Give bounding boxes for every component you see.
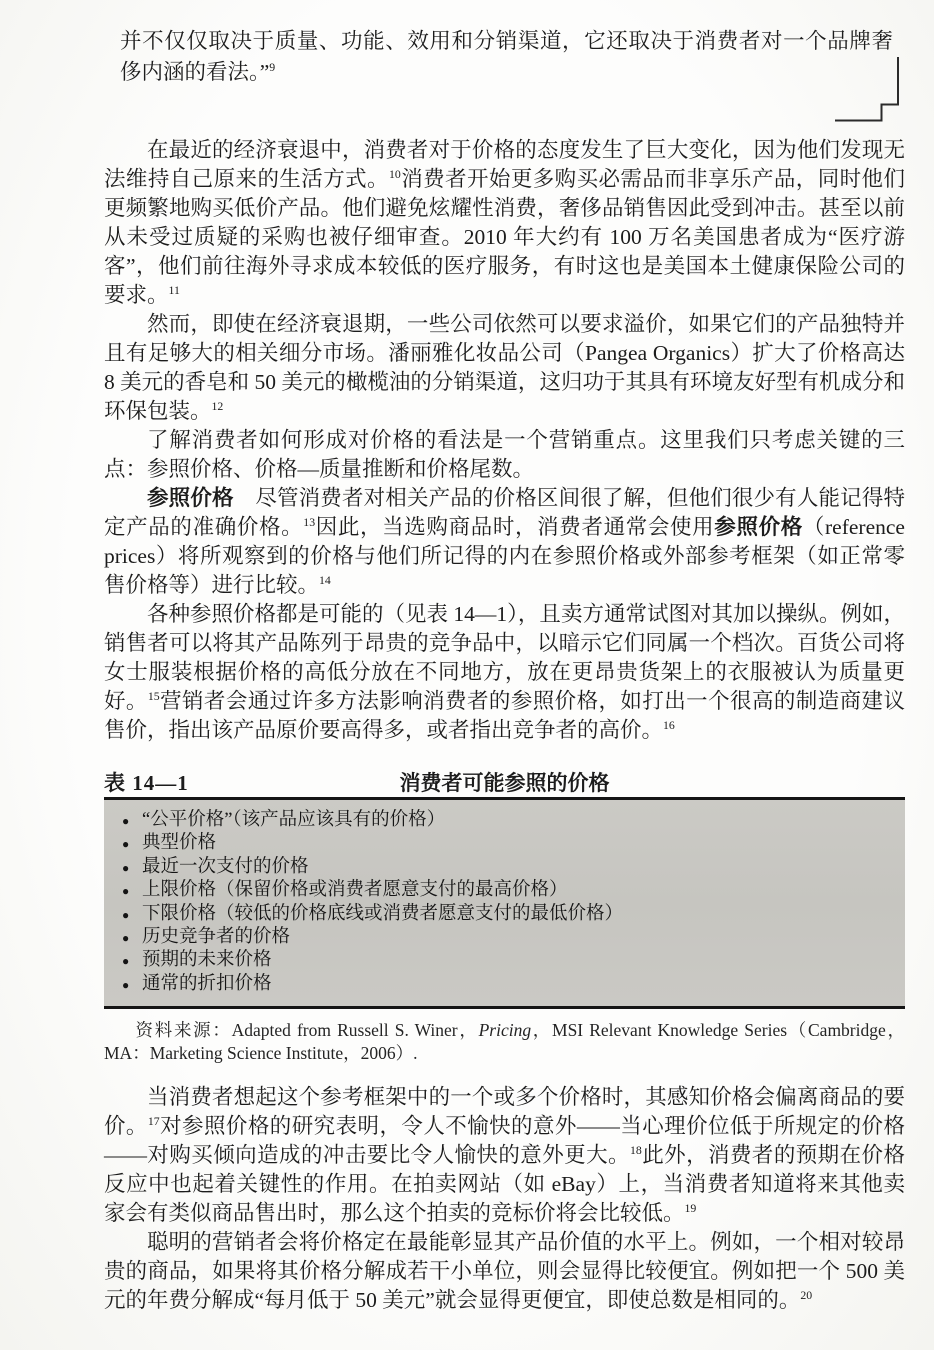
- table-body: ●“公平价格”（该产品应该具有的价格）●典型价格●最近一次支付的价格●上限价格（…: [104, 800, 905, 1006]
- text-column: 并不仅仅取决于质量、功能、效用和分销渠道，它还取决于消费者对一个品牌奢侈内涵的看…: [104, 0, 905, 1315]
- footnote-ref: 18: [630, 1143, 642, 1157]
- text-run: 聪明的营销者会将价格定在最能彰显其产品价值的水平上。例如，一个相对较昂贵的商品，…: [104, 1230, 905, 1312]
- text-run: 参照价格: [714, 515, 803, 539]
- footnote-ref: 20: [800, 1288, 812, 1302]
- bullet-item: ●最近一次支付的价格: [122, 856, 891, 879]
- paragraph: 各种参照价格都是可能的（见表 14—1），且卖方通常试图对其加以操纵。例如，销售…: [104, 600, 905, 745]
- bullet-item: ●典型价格: [122, 832, 891, 855]
- bullet-item-label: 最近一次支付的价格: [142, 856, 309, 878]
- bullet-item-label: 典型价格: [142, 832, 216, 854]
- footnote-ref: 11: [169, 283, 180, 297]
- bullet-icon: ●: [122, 950, 142, 972]
- bullet-item-label: 预期的未来价格: [142, 949, 272, 971]
- paragraph: 在最近的经济衰退中，消费者对于价格的态度发生了巨大变化，因为他们发现无法维持自己…: [104, 136, 905, 310]
- book-page: 并不仅仅取决于质量、功能、效用和分销渠道，它还取决于消费者对一个品牌奢侈内涵的看…: [0, 0, 934, 1350]
- bullet-item-label: 下限价格（较低的价格底线或消费者愿意支付的最低价格）: [142, 903, 623, 925]
- text-run: 营销者会通过许多方法影响消费者的参照价格，如打出一个很高的制造商建议售价，指出该…: [104, 689, 905, 742]
- footnote-ref: 19: [685, 1201, 697, 1215]
- source-note: 资料来源：Adapted from Russell S. Winer，Prici…: [104, 1019, 905, 1065]
- bullet-item: ●“公平价格”（该产品应该具有的价格）: [122, 809, 891, 832]
- bullet-item: ●下限价格（较低的价格底线或消费者愿意支付的最低价格）: [122, 903, 891, 926]
- bullet-item: ●预期的未来价格: [122, 949, 891, 972]
- text-run: 然而，即使在经济衰退期，一些公司依然可以要求溢价，如果它们的产品独特并且有足够大…: [104, 312, 905, 423]
- body-paragraphs-upper: 在最近的经济衰退中，消费者对于价格的态度发生了巨大变化，因为他们发现无法维持自己…: [104, 136, 905, 745]
- footnote-ref: 9: [269, 60, 275, 74]
- footnote-ref: 12: [212, 399, 224, 413]
- bullet-icon: ●: [122, 927, 142, 949]
- continuation-quote: 并不仅仅取决于质量、功能、效用和分销渠道，它还取决于消费者对一个品牌奢侈内涵的看…: [120, 26, 893, 88]
- text-run: 了解消费者如何形成对价格的看法是一个营销重点。这里我们只考虑关键的三点：参照价格…: [104, 428, 905, 481]
- bullet-icon: ●: [122, 833, 142, 855]
- text-run: Pricing: [479, 1020, 532, 1040]
- footnote-ref: 13: [303, 515, 315, 529]
- bullet-item-label: “公平价格”（该产品应该具有的价格）: [142, 809, 445, 831]
- text-run: 并不仅仅取决于质量、功能、效用和分销渠道，它还取决于消费者对一个品牌奢侈内涵的看…: [120, 29, 893, 84]
- bullet-item-label: 通常的折扣价格: [142, 973, 272, 995]
- paragraph: 参照价格 尽管消费者对相关产品的价格区间很了解，但他们很少有人能记得特定产品的准…: [104, 484, 905, 600]
- table-14-1: 表 14—1 消费者可能参照的价格 ●“公平价格”（该产品应该具有的价格）●典型…: [104, 767, 905, 1009]
- table-bottom-rule: [104, 1006, 905, 1009]
- footnote-ref: 15: [148, 689, 160, 703]
- paragraph: 然而，即使在经济衰退期，一些公司依然可以要求溢价，如果它们的产品独特并且有足够大…: [104, 310, 905, 426]
- bullet-item: ●上限价格（保留价格或消费者愿意支付的最高价格）: [122, 879, 891, 902]
- bullet-item-label: 历史竞争者的价格: [142, 926, 290, 948]
- bullet-item: ●历史竞争者的价格: [122, 926, 891, 949]
- text-run: 因此，当选购商品时，消费者通常会使用: [315, 515, 714, 539]
- bullet-icon: ●: [122, 880, 142, 902]
- text-run: 参照价格: [147, 486, 234, 510]
- paragraph: 了解消费者如何形成对价格的看法是一个营销重点。这里我们只考虑关键的三点：参照价格…: [104, 426, 905, 484]
- paragraph: 聪明的营销者会将价格定在最能彰显其产品价值的水平上。例如，一个相对较昂贵的商品，…: [104, 1228, 905, 1315]
- bullet-icon: ●: [122, 857, 142, 879]
- footnote-ref: 17: [148, 1114, 160, 1128]
- footnote-ref: 10: [389, 167, 401, 181]
- footnote-ref: 14: [319, 573, 331, 587]
- bullet-item: ●通常的折扣价格: [122, 973, 891, 996]
- table-header: 表 14—1 消费者可能参照的价格: [104, 767, 905, 797]
- bullet-icon: ●: [122, 904, 142, 926]
- bullet-icon: ●: [122, 810, 142, 832]
- bullet-icon: ●: [122, 974, 142, 996]
- table-title: 消费者可能参照的价格: [104, 767, 905, 797]
- text-run: 资料来源：Adapted from Russell S. Winer，: [136, 1020, 479, 1040]
- footnote-ref: 16: [663, 718, 675, 732]
- body-paragraphs-lower: 当消费者想起这个参考框架中的一个或多个价格时，其感知价格会偏离商品的要价。17对…: [104, 1083, 905, 1315]
- paragraph: 当消费者想起这个参考框架中的一个或多个价格时，其感知价格会偏离商品的要价。17对…: [104, 1083, 905, 1228]
- bullet-item-label: 上限价格（保留价格或消费者愿意支付的最高价格）: [142, 879, 568, 901]
